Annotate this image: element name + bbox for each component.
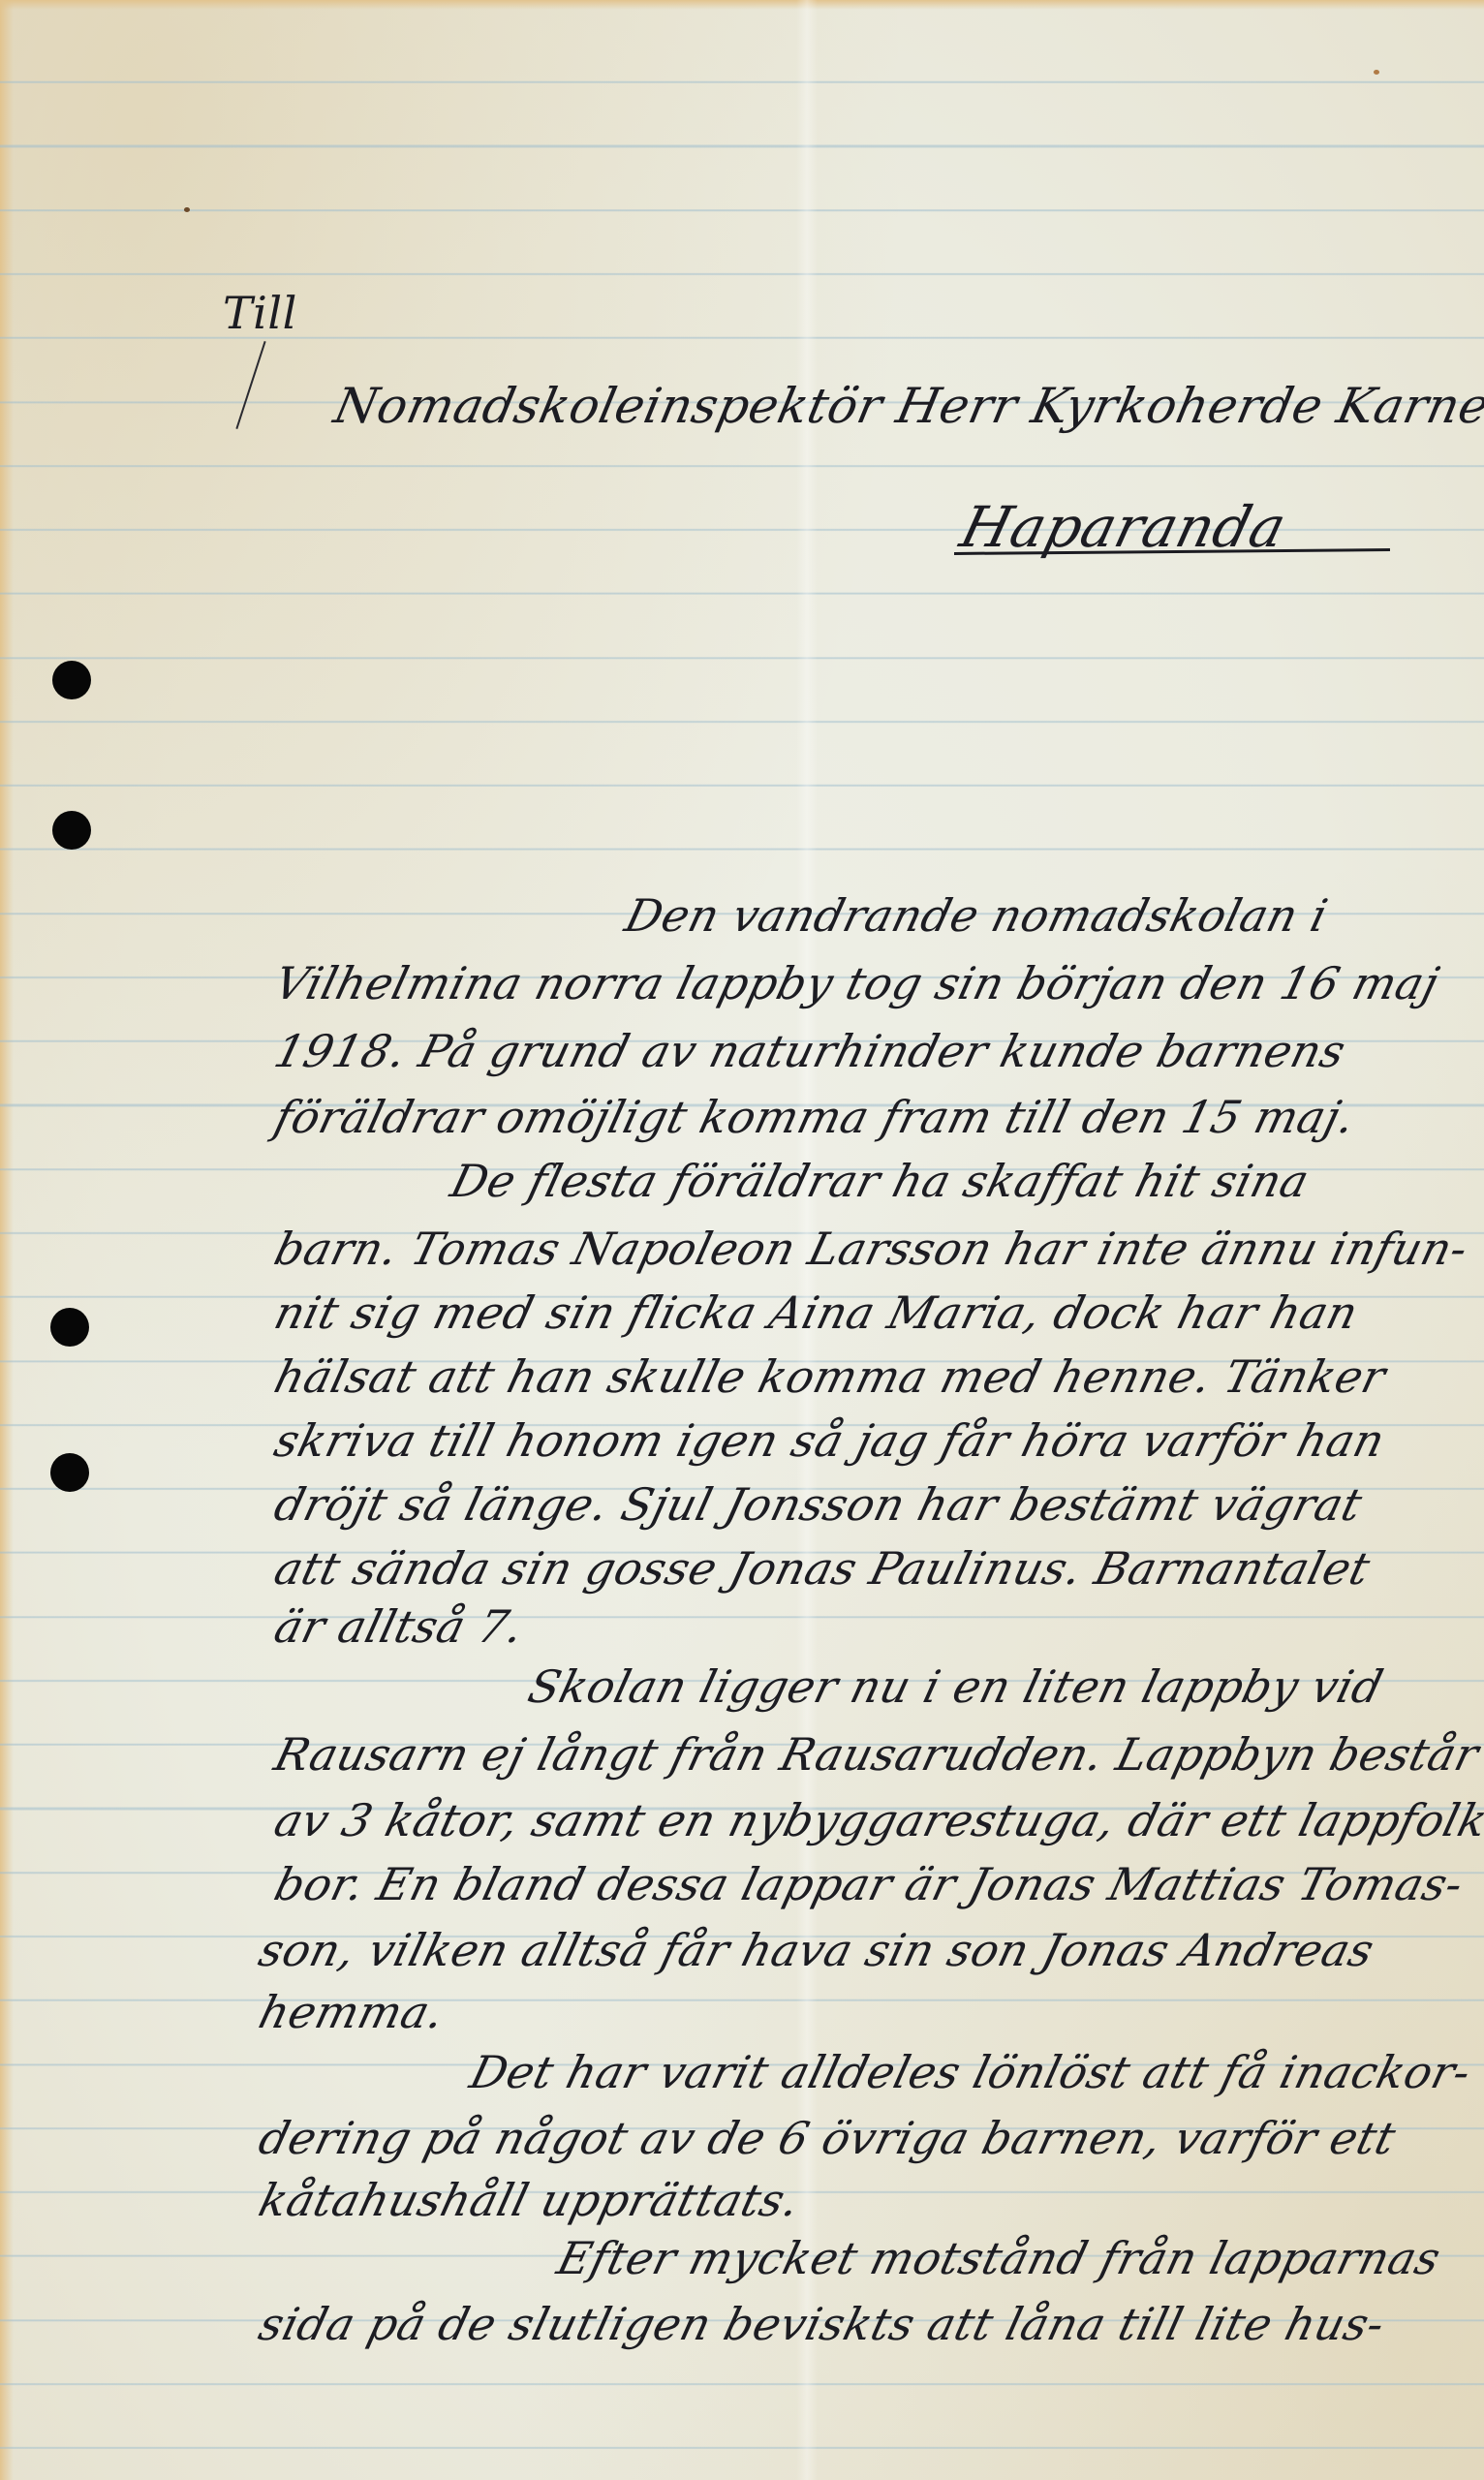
body-line: dröjt så länge. Sjul Jonsson har bestämt… (269, 1478, 1368, 1531)
body-line: hemma. (254, 1986, 450, 2038)
body-line: barn. Tomas Napoleon Larsson har inte än… (269, 1223, 1473, 1275)
punch-hole-icon (50, 1453, 89, 1492)
body-line: 1918. På grund av naturhinder kunde barn… (269, 1025, 1351, 1077)
body-line: bor. En bland dessa lappar är Jonas Matt… (269, 1858, 1469, 1910)
body-line: Efter mycket motstånd från lapparnas (552, 2232, 1446, 2284)
body-line: är alltså 7. (269, 1600, 529, 1653)
body-line: Det har varit alldeles lönlöst att få in… (465, 2046, 1476, 2098)
body-line: föräldrar omöjligt komma fram till den 1… (269, 1091, 1361, 1143)
punch-hole-icon (52, 661, 91, 699)
letter-page: Till Nomadskoleinspektör Herr Kyrkoherde… (0, 0, 1484, 2480)
body-line: Den vandrande nomadskolan i (620, 889, 1333, 942)
body-line: att sända sin gosse Jonas Paulinus. Barn… (269, 1542, 1376, 1595)
body-line: Skolan ligger nu i en liten lappby vid (523, 1660, 1388, 1713)
body-line: sida på de slutligen beviskts att låna t… (254, 2298, 1390, 2350)
body-line: nit sig med sin flicka Aina Maria, dock … (269, 1286, 1364, 1339)
body-line: Vilhelmina norra lappby tog sin början d… (269, 957, 1444, 1009)
salutation: Till (223, 287, 297, 339)
body-line: kåtahushåll upprättats. (254, 2174, 805, 2226)
body-line: hälsat att han skulle komma med henne. T… (269, 1350, 1391, 1403)
addressee: Nomadskoleinspektör Herr Kyrkoherde Karn… (329, 378, 1484, 434)
ink-speck (1374, 70, 1379, 75)
body-line: skriva till honom igen så jag får höra v… (269, 1414, 1390, 1467)
body-line: av 3 kåtor, samt en nybyggarestuga, där … (269, 1794, 1484, 1846)
body-line: son, vilken alltså får hava sin son Jona… (254, 1924, 1379, 1976)
body-line: Rausarn ej långt från Rausarudden. Lappb… (269, 1728, 1484, 1781)
ink-speck (184, 207, 190, 212)
body-line: De flesta föräldrar ha skaffat hit sina (446, 1155, 1314, 1207)
body-line: dering på något av de 6 övriga barnen, v… (254, 2112, 1401, 2164)
punch-hole-icon (50, 1308, 89, 1347)
punch-hole-icon (52, 811, 91, 850)
